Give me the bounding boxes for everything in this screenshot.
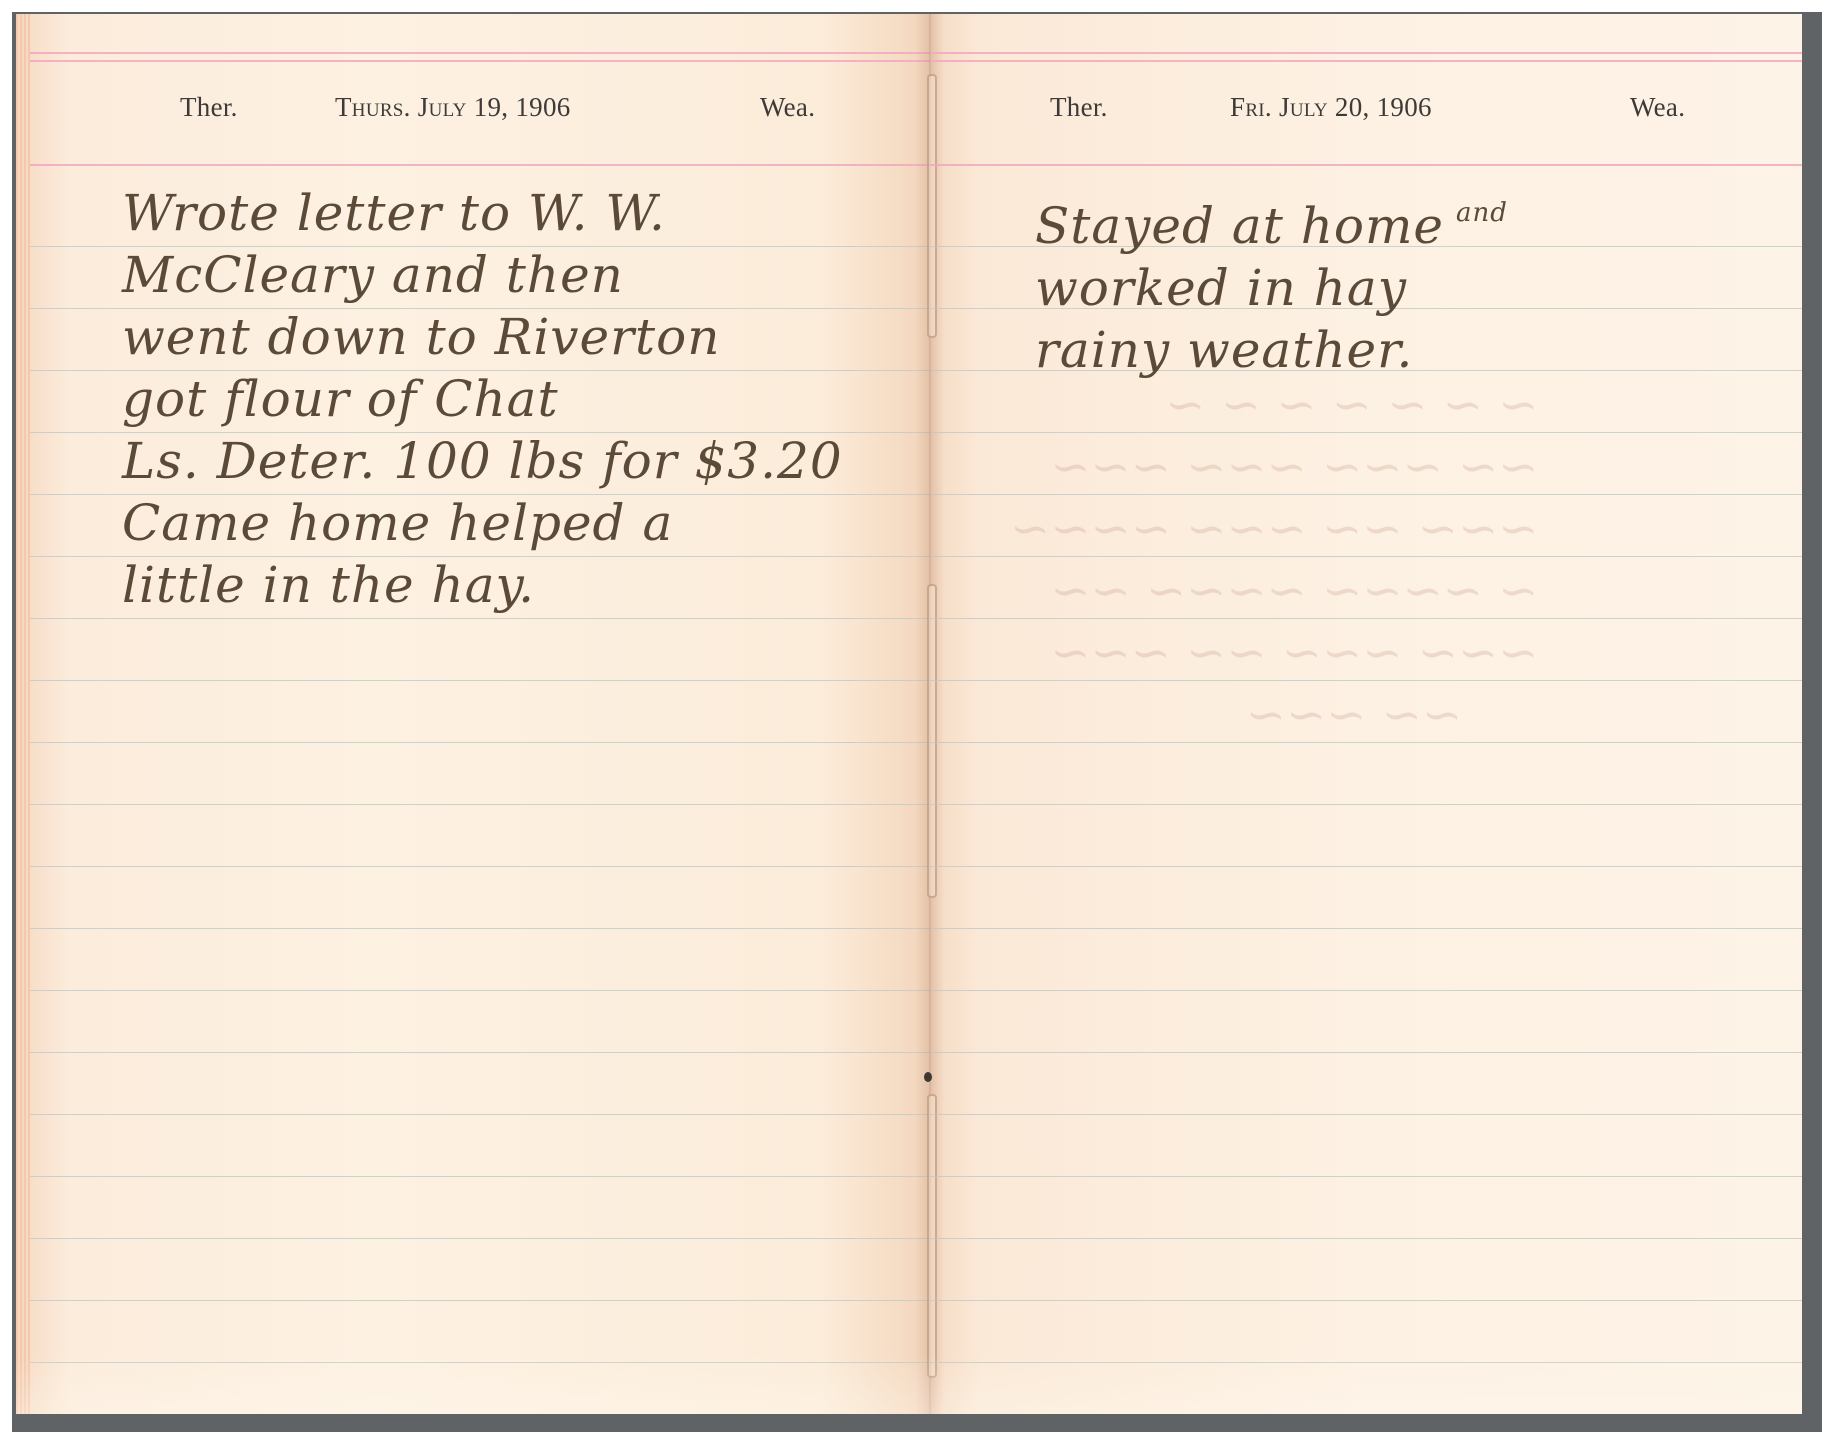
weather-label: Wea. (760, 92, 815, 123)
ruled-line (930, 866, 1802, 867)
ruled-line (930, 990, 1802, 991)
page-bottom-shade (16, 1354, 1802, 1414)
ruled-line (30, 1238, 930, 1239)
weather-label: Wea. (1630, 92, 1685, 123)
ruled-line (30, 742, 930, 743)
entry-line: Ls. Deter. 100 lbs for $3.20 (122, 430, 902, 492)
ruled-line (30, 866, 930, 867)
thermometer-label: Ther. (180, 92, 238, 123)
page-edges (16, 14, 30, 1414)
thermometer-label: Ther. (1050, 92, 1108, 123)
ruled-line (30, 928, 930, 929)
ruled-line (30, 1300, 930, 1301)
ruled-line (30, 990, 930, 991)
header-top-rule-2 (30, 60, 930, 62)
left-page: Ther. Thurs. July 19, 1906 Wea. (30, 14, 930, 1414)
header-top-rule (30, 52, 930, 54)
ruled-line (930, 1300, 1802, 1301)
diary-book: Ther. Thurs. July 19, 1906 Wea. (12, 12, 1822, 1432)
ruled-line (30, 804, 930, 805)
interlinear-insertion: and (1456, 198, 1508, 228)
entry-line: rainy weather. (1035, 319, 1802, 381)
diary-spread: Ther. Thurs. July 19, 1906 Wea. (16, 14, 1802, 1414)
page-date: Fri. July 20, 1906 (1230, 92, 1432, 123)
page-date: Thurs. July 19, 1906 (335, 92, 571, 123)
entry-line: McCleary and then (122, 244, 902, 306)
ruled-line (30, 1176, 930, 1177)
entry-line: Came home helped a (122, 492, 902, 554)
header-top-rule (930, 52, 1802, 54)
entry-line: Wrote letter to W. W. (122, 182, 902, 244)
entry-line: went down to Riverton (122, 306, 902, 368)
entry-line: worked in hay (1035, 257, 1802, 319)
ruled-line (930, 1238, 1802, 1239)
header-bottom-rule (930, 164, 1802, 166)
ruled-line (30, 680, 930, 681)
header-bottom-rule (30, 164, 930, 166)
ruled-line (930, 1114, 1802, 1115)
bleed-through-text: ~ ~ ~ ~ ~ ~ ~ ~~ ~~~ ~~~ ~~~ ~~~ ~~ ~~~ … (1010, 374, 1538, 746)
diary-entry-july-20: Stayed at homeand worked in hay rainy we… (1035, 182, 1802, 381)
ruled-line (30, 618, 930, 619)
right-page-header: Ther. Fri. July 20, 1906 Wea. (930, 92, 1802, 132)
left-page-header: Ther. Thurs. July 19, 1906 Wea. (30, 92, 930, 132)
ruled-line (30, 1052, 930, 1053)
entry-line: Stayed at homeand (1035, 182, 1802, 257)
ruled-line (930, 804, 1802, 805)
header-top-rule-2 (930, 60, 1802, 62)
ruled-line (930, 1052, 1802, 1053)
ruled-line (930, 928, 1802, 929)
diary-entry-july-19: Wrote letter to W. W. McCleary and then … (122, 182, 902, 616)
ruled-line (930, 1176, 1802, 1177)
entry-line: little in the hay. (122, 554, 902, 616)
ruled-line (30, 1114, 930, 1115)
entry-line: got flour of Chat (122, 368, 902, 430)
right-page: Ther. Fri. July 20, 1906 Wea. (930, 14, 1802, 1414)
